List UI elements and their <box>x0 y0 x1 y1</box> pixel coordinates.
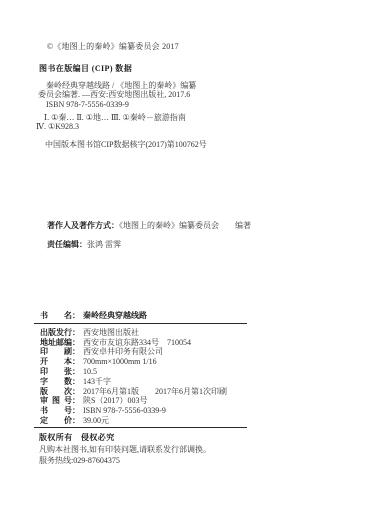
colophon-value: 西安卓井印务有限公司 <box>83 347 163 357</box>
authorship-value: 《地图上的秦岭》编纂委员会 编著 <box>119 221 251 230</box>
colophon-colon: ： <box>72 347 80 357</box>
colophon-row-title: 书名：秦岭经典穿越线路 <box>40 311 247 321</box>
colophon-colon: ： <box>72 377 80 387</box>
colophon-label: 字数 <box>40 377 72 387</box>
rights-divider-rule <box>34 427 247 428</box>
cip-classification-line: Ⅳ. ①K928.3 <box>36 122 186 131</box>
colophon-value: 西安市友谊东路334号 710054 <box>83 338 191 348</box>
colophon-table: 书名：秦岭经典穿越线路 出版发行：西安地图出版社 地址邮编：西安市友谊东路334… <box>40 311 247 426</box>
cip-isbn-line: ISBN 978-7-5556-0339-9 <box>38 100 196 109</box>
colophon-label: 出版发行 <box>40 328 72 338</box>
cip-classification: Ⅰ. ①秦… Ⅱ. ①地… Ⅲ. ①秦岭－旅游指南 Ⅳ. ①K928.3 <box>36 113 186 132</box>
colophon-row-publisher: 出版发行：西安地图出版社 <box>40 328 247 338</box>
title-divider-rule <box>34 323 247 324</box>
colophon-label: 印刷 <box>40 347 72 357</box>
cip-heading: 图书在版编目 (CIP) 数据 <box>39 63 132 74</box>
colophon-value: 陕S（2017）003号 <box>83 396 147 406</box>
colophon-value: 秦岭经典穿越线路 <box>83 311 147 321</box>
editor-value: 张鸿 雷霁 <box>87 240 121 249</box>
colophon-label: 书号 <box>40 406 72 416</box>
book-copyright-page: ©《地图上的秦岭》编纂委员会 2017 图书在版编目 (CIP) 数据 秦岭经典… <box>0 0 375 507</box>
colophon-colon: ： <box>72 357 80 367</box>
service-hotline: 服务热线:029-87604375 <box>39 455 211 467</box>
colophon-colon: ： <box>72 338 80 348</box>
colophon-row-printer: 印刷：西安卓井印务有限公司 <box>40 347 247 357</box>
colophon-label: 版次 <box>40 387 72 397</box>
rights-notice: 版权所有 侵权必究 <box>39 432 211 444</box>
colophon-row-format: 开本：700mm×1000mm 1/16 <box>40 357 247 367</box>
colophon-row-isbn: 书号：ISBN 978-7-5556-0339-9 <box>40 406 247 416</box>
cip-classification-line: Ⅰ. ①秦… Ⅱ. ①地… Ⅲ. ①秦岭－旅游指南 <box>36 113 186 122</box>
colophon-row-sheets: 印张：10.5 <box>40 367 247 377</box>
colophon-colon: ： <box>72 387 80 397</box>
authorship-label: 著作人及著作方式： <box>47 221 119 230</box>
editor-label: 责任编辑： <box>47 240 87 249</box>
colophon-value: 39.00元 <box>83 416 109 426</box>
colophon-value: 143千字 <box>83 377 111 387</box>
cip-description-line: 委员会编著. —西安:西安地图出版社, 2017.6 <box>38 90 196 99</box>
colophon-value: 西安地图出版社 <box>83 328 139 338</box>
colophon-row-wordcount: 字数：143千字 <box>40 377 247 387</box>
colophon-colon: ： <box>72 367 80 377</box>
colophon-label: 地址邮编 <box>40 338 72 348</box>
cip-description-line: 秦岭经典穿越线路 / 《地图上的秦岭》编纂 <box>38 81 196 90</box>
colophon-colon: ： <box>72 406 80 416</box>
colophon-label: 定价 <box>40 416 72 426</box>
colophon-row-address: 地址邮编：西安市友谊东路334号 710054 <box>40 338 247 348</box>
colophon-label: 开本 <box>40 357 72 367</box>
colophon-label: 印张 <box>40 367 72 377</box>
colophon-value: ISBN 978-7-5556-0339-9 <box>83 406 166 416</box>
exchange-notice: 凡购本社图书,如有印装问题,请联系发行部调换。 <box>39 444 211 456</box>
colophon-value: 10.5 <box>83 367 97 377</box>
cip-registry-line: 中国版本图书馆CIP数据核字(2017)第100762号 <box>45 139 207 150</box>
rights-section: 版权所有 侵权必究 凡购本社图书,如有印装问题,请联系发行部调换。 服务热线:0… <box>39 432 211 467</box>
copyright-line: ©《地图上的秦岭》编纂委员会 2017 <box>47 41 179 52</box>
colophon-label: 书名 <box>40 311 72 321</box>
colophon-colon: ： <box>72 328 80 338</box>
cip-description: 秦岭经典穿越线路 / 《地图上的秦岭》编纂 委员会编著. —西安:西安地图出版社… <box>38 81 196 109</box>
colophon-value: 2017年6月第1版 2017年6月第1次印刷 <box>83 387 227 397</box>
colophon-colon: ： <box>72 311 80 321</box>
editor-line: 责任编辑：张鸿 雷霁 <box>39 230 121 259</box>
colophon-row-map-approval: 审图号：陕S（2017）003号 <box>40 396 247 406</box>
colophon-colon: ： <box>72 396 80 406</box>
colophon-value: 700mm×1000mm 1/16 <box>83 357 157 367</box>
colophon-row-price: 定价：39.00元 <box>40 416 247 426</box>
colophon-colon: ： <box>72 416 80 426</box>
colophon-label: 审图号 <box>40 396 72 406</box>
colophon-row-edition: 版次：2017年6月第1版 2017年6月第1次印刷 <box>40 387 247 397</box>
